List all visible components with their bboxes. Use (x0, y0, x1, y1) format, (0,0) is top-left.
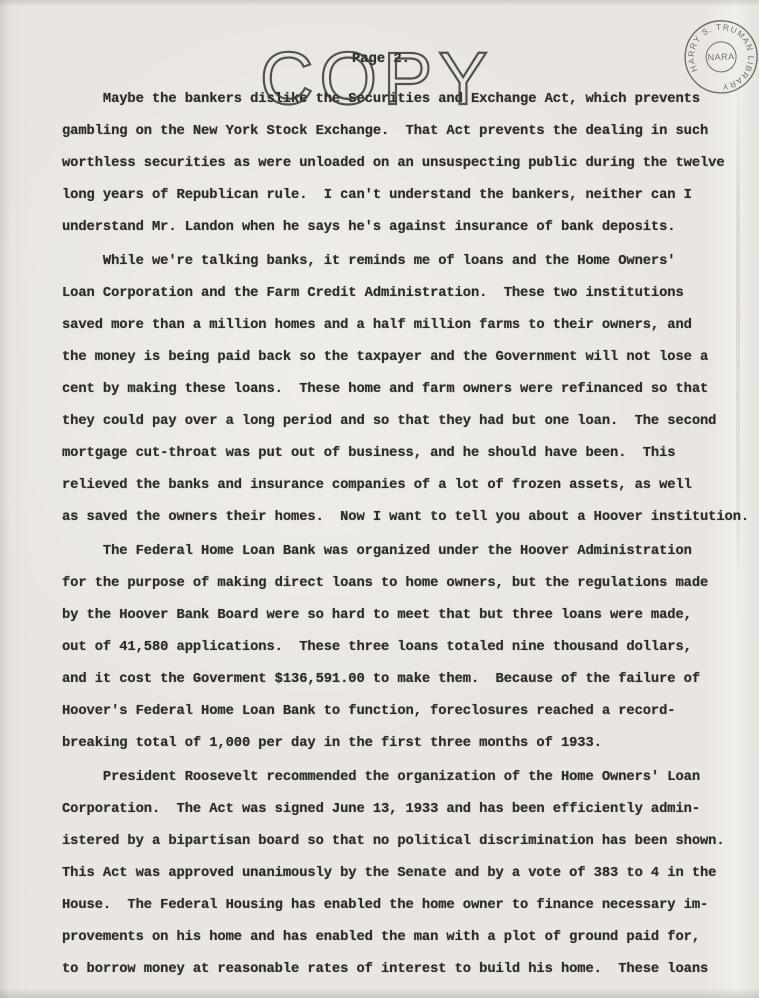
text-line: understand Mr. Landon when he says he's … (62, 212, 754, 244)
text-line: This Act was approved unanimously by the… (62, 858, 754, 890)
paragraph: The Federal Home Loan Bank was organized… (62, 536, 754, 760)
text-line: The Federal Home Loan Bank was organized… (62, 536, 754, 568)
scan-edge-bottom (0, 988, 759, 998)
text-line: for the purpose of making direct loans t… (62, 568, 754, 600)
text-line: they could pay over a long period and so… (62, 406, 754, 438)
text-line: as saved the owners their homes. Now I w… (62, 502, 754, 534)
text-line: the money is being paid back so the taxp… (62, 342, 754, 374)
copy-stamp: COPY (258, 34, 518, 126)
text-line: provements on his home and has enabled t… (62, 922, 754, 954)
scan-edge-left (0, 0, 9, 998)
text-line: and it cost the Goverment $136,591.00 to… (62, 664, 754, 696)
text-line: House. The Federal Housing has enabled t… (62, 890, 754, 922)
text-line: out of 41,580 applications. These three … (62, 632, 754, 664)
copy-stamp-text: COPY (260, 37, 494, 120)
document-body: Maybe the bankers dislike the Securities… (62, 84, 754, 988)
text-line: worthless securities as were unloaded on… (62, 148, 754, 180)
library-stamp: HARRY S. TRUMAN LIBRARY NARA (671, 5, 759, 110)
text-line: by the Hoover Bank Board were so hard to… (62, 600, 754, 632)
text-line: President Roosevelt recommended the orga… (62, 762, 754, 794)
text-line: to borrow money at reasonable rates of i… (62, 954, 754, 986)
text-line: Loan Corporation and the Farm Credit Adm… (62, 278, 754, 310)
text-line: Hoover's Federal Home Loan Bank to funct… (62, 696, 754, 728)
stamp-center-text: NARA (707, 51, 734, 62)
paragraph: President Roosevelt recommended the orga… (62, 762, 754, 986)
text-line: While we're talking banks, it reminds me… (62, 246, 754, 278)
text-line: Corporation. The Act was signed June 13,… (62, 794, 754, 826)
text-line: breaking total of 1,000 per day in the f… (62, 728, 754, 760)
text-line: cent by making these loans. These home a… (62, 374, 754, 406)
text-line: long years of Republican rule. I can't u… (62, 180, 754, 212)
paragraph: While we're talking banks, it reminds me… (62, 246, 754, 534)
text-line: relieved the banks and insurance compani… (62, 470, 754, 502)
text-line: istered by a bipartisan board so that no… (62, 826, 754, 858)
text-line: mortgage cut-throat was put out of busin… (62, 438, 754, 470)
scan-edge-top (0, 0, 759, 7)
text-line: saved more than a million homes and a ha… (62, 310, 754, 342)
